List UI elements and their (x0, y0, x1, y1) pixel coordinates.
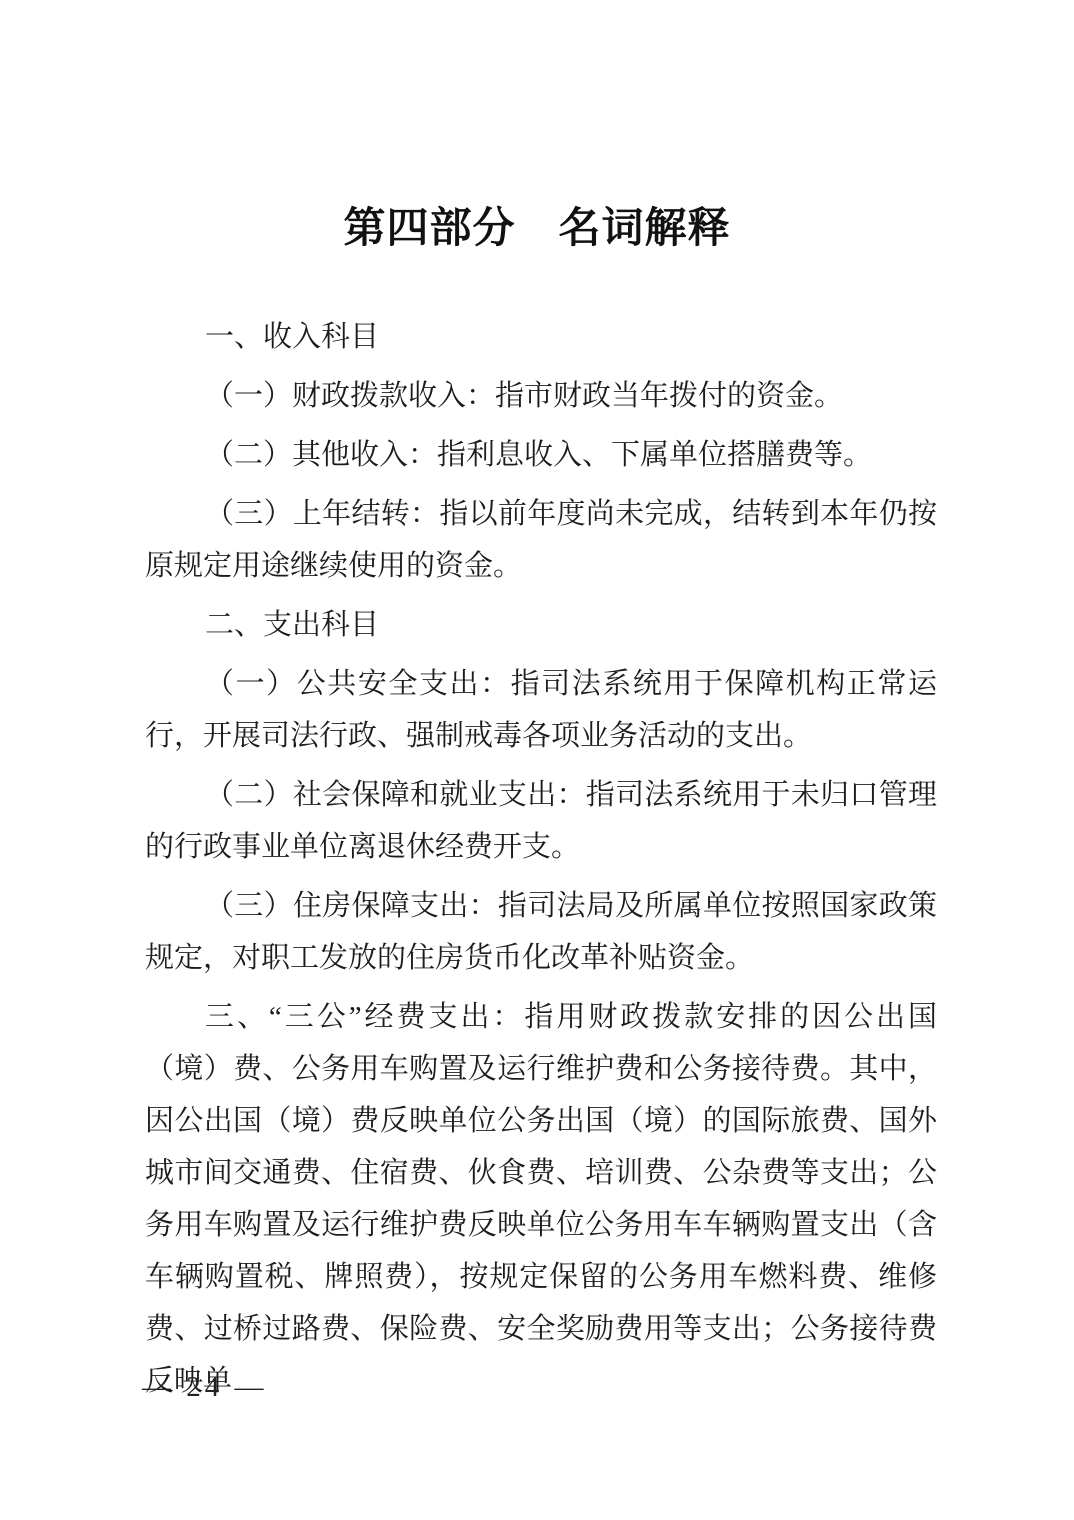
paragraph-expense-item-3: （三）住房保障支出：指司法局及所属单位按照国家政策规定，对职工发放的住房货币化改… (145, 880, 937, 984)
document-page: 第四部分 名词解释 一、收入科目 （一）财政拨款收入：指市财政当年拨付的资金。 … (0, 0, 1074, 1520)
paragraph-expense-section-heading: 二、支出科目 (145, 599, 937, 651)
paragraph-expense-item-2: （二）社会保障和就业支出：指司法系统用于未归口管理的行政事业单位离退休经费开支。 (145, 769, 937, 873)
page-number: — 24 — (142, 1371, 268, 1403)
paragraph-expense-item-1: （一）公共安全支出：指司法系统用于保障机构正常运行，开展司法行政、强制戒毒各项业… (145, 658, 937, 762)
paragraph-three-public-expenses: 三、“三公”经费支出：指用财政拨款安排的因公出国（境）费、公务用车购置及运行维护… (145, 991, 937, 1407)
paragraph-income-item-2: （二）其他收入：指利息收入、下属单位搭膳费等。 (145, 429, 937, 481)
paragraph-income-item-1: （一）财政拨款收入：指市财政当年拨付的资金。 (145, 370, 937, 422)
page-title: 第四部分 名词解释 (0, 28, 1074, 254)
paragraph-income-section-heading: 一、收入科目 (145, 311, 937, 363)
page-footer: — 24 — (142, 1371, 268, 1404)
document-body: 一、收入科目 （一）财政拨款收入：指市财政当年拨付的资金。 （二）其他收入：指利… (145, 311, 937, 1407)
paragraph-income-item-3: （三）上年结转：指以前年度尚未完成，结转到本年仍按原规定用途继续使用的资金。 (145, 488, 937, 592)
